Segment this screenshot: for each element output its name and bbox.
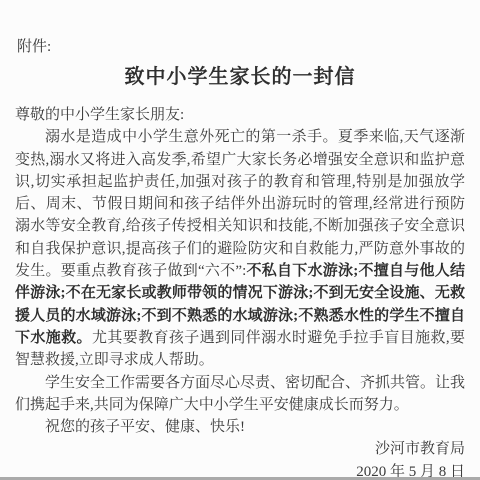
document-page: { "letter": { "attachment_label": "附件:",… <box>0 0 480 480</box>
attachment-label: 附件: <box>17 36 465 58</box>
text-segment: 祝您的孩子平安、健康、快乐! <box>45 419 245 435</box>
text-segment: 学生安全工作需要各方面尽心尽责、密切配合、齐抓共管。让我们携起手来,共同为保障广… <box>15 375 465 413</box>
signature-organization: 沙河市教育局 <box>15 438 465 460</box>
text-segment: 溺水是造成中小学生意外死亡的第一杀手。夏季来临,天气逐渐变热,溺水又将进入高发季… <box>15 129 465 279</box>
letter-body: 尊敬的中小学生家长朋友: 溺水是造成中小学生意外死亡的第一杀手。夏季来临,天气逐… <box>15 104 465 480</box>
letter-page: 附件: 致中小学生家长的一封信 尊敬的中小学生家长朋友: 溺水是造成中小学生意外… <box>0 0 480 480</box>
salutation: 尊敬的中小学生家长朋友: <box>15 104 465 126</box>
letter-title: 致中小学生家长的一封信 <box>15 63 465 91</box>
paragraph-wishes: 祝您的孩子平安、健康、快乐! <box>15 416 465 438</box>
paragraph-drowning-warning: 溺水是造成中小学生意外死亡的第一杀手。夏季来临,天气逐渐变热,溺水又将进入高发季… <box>15 126 465 371</box>
paragraph-cooperation: 学生安全工作需要各方面尽心尽责、密切配合、齐抓共管。让我们携起手来,共同为保障广… <box>15 372 465 417</box>
